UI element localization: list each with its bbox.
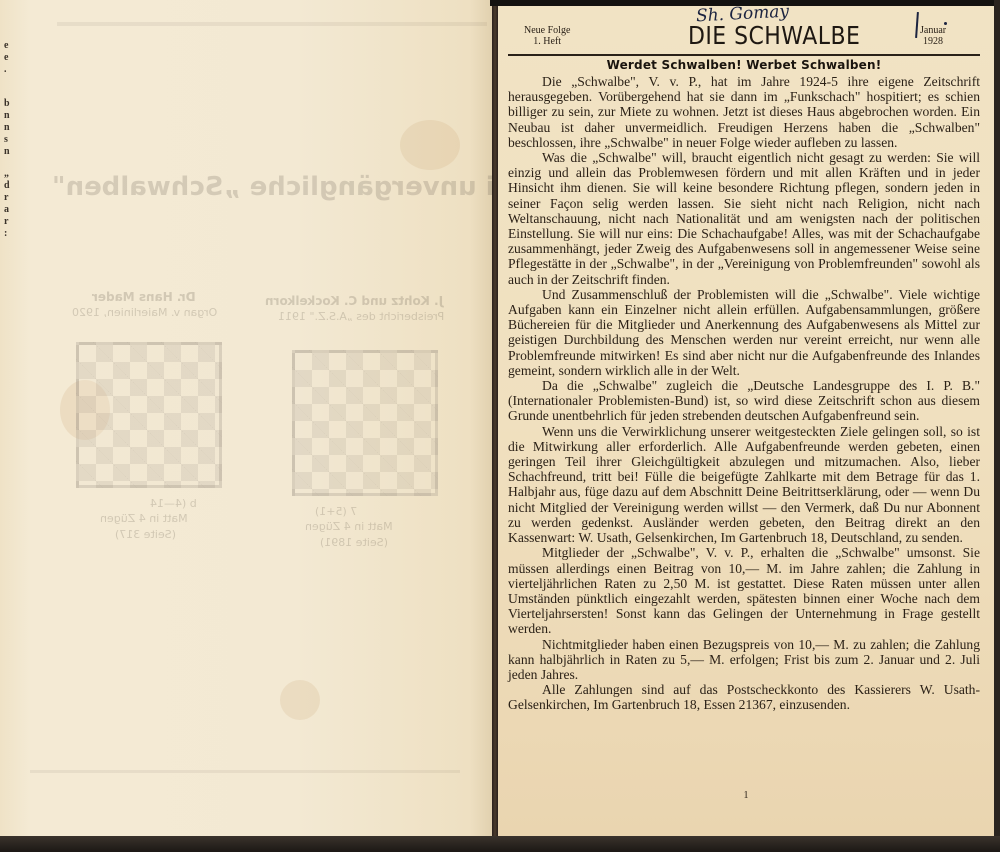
edge-letter: e — [4, 40, 16, 52]
showthrough-diagram-author: J. Kohtz und C. Kockelkorn — [265, 294, 443, 308]
article-paragraph: Mitglieder der „Schwalbe", V. v. P., erh… — [508, 545, 980, 636]
edge-letter: r — [4, 192, 16, 204]
paper-stain — [400, 120, 460, 170]
edge-letter: b — [4, 98, 16, 110]
article-paragraph: Und Zusammenschluß der Problemisten will… — [508, 287, 980, 378]
showthrough-rule — [30, 770, 460, 773]
article-paragraph: Da die „Schwalbe" zugleich die „Deutsche… — [508, 378, 980, 424]
masthead-rule — [508, 54, 980, 56]
showthrough-stipulation: Matt in 4 Zügen — [100, 512, 188, 525]
edge-letter: n — [4, 122, 16, 134]
edge-letter: d — [4, 180, 16, 192]
edge-letter: e — [4, 52, 16, 64]
showthrough-stipulation-code: 7 (5+1) — [315, 505, 357, 518]
article-body: Werdet Schwalben! Werbet Schwalben! Die … — [508, 58, 980, 713]
edge-letter: : — [4, 228, 16, 240]
edge-letter: . — [4, 64, 16, 76]
book-bottom-edge — [0, 836, 1000, 852]
article-headline: Werdet Schwalben! Werbet Schwalben! — [508, 58, 980, 72]
page-number: 1 — [498, 790, 994, 801]
issue-date: Januar 1928 — [920, 25, 946, 47]
chess-diagram-showthrough — [76, 342, 222, 488]
book-spread: e e . b n n s n „ d r a r : Zwei unvergä… — [0, 0, 1000, 852]
issue-year: 1928 — [920, 36, 946, 47]
previous-page-edge-letters: e e . b n n s n „ d r a r : — [4, 40, 16, 240]
showthrough-stipulation-code: b (4—14 — [150, 497, 197, 510]
series-label: Neue Folge — [524, 25, 570, 36]
article-paragraph: Was die „Schwalbe" will, braucht eigentl… — [508, 150, 980, 287]
showthrough-page-ref: (Seite 317) — [115, 528, 176, 541]
chess-diagram-showthrough — [292, 350, 438, 496]
showthrough-page-ref: (Seite 1891) — [320, 536, 388, 549]
edge-letter: a — [4, 204, 16, 216]
right-page: Neue Folge 1. Heft DIE SCHWALBE Sh. Goma… — [498, 6, 994, 836]
article-paragraph: Wenn uns die Verwirklichung unserer weit… — [508, 424, 980, 546]
edge-letter: „ — [4, 168, 16, 180]
masthead: Neue Folge 1. Heft DIE SCHWALBE Sh. Goma… — [508, 6, 980, 54]
issue-number: 1. Heft — [524, 36, 570, 47]
article-paragraph: Alle Zahlungen sind auf das Postscheckko… — [508, 682, 980, 712]
signature-stroke — [915, 12, 919, 38]
edge-letter: n — [4, 110, 16, 122]
edge-letter: r — [4, 216, 16, 228]
issue-series: Neue Folge 1. Heft — [524, 25, 570, 47]
edge-letter: s — [4, 134, 16, 146]
showthrough-title: Zwei unvergängliche „Schwalben" — [52, 172, 555, 202]
paper-stain — [280, 680, 320, 720]
left-page: e e . b n n s n „ d r a r : Zwei unvergä… — [0, 0, 494, 836]
page-right-edge — [994, 0, 1000, 852]
issue-month: Januar — [920, 25, 946, 36]
edge-letter: n — [4, 146, 16, 158]
article-paragraph: Die „Schwalbe", V. v. P., hat im Jahre 1… — [508, 74, 980, 150]
showthrough-diagram-source: Preisbericht des „A.S.Z." 1911 — [278, 310, 444, 323]
showthrough-rule — [57, 22, 487, 26]
article-paragraph: Nichtmitglieder haben einen Bezugspreis … — [508, 637, 980, 683]
showthrough-diagram-author: Dr. Hans Mader — [92, 290, 196, 304]
showthrough-diagram-source: Organ v. Maierlinien, 1920 — [72, 306, 217, 319]
showthrough-stipulation: Matt in 4 Zügen — [305, 520, 393, 533]
